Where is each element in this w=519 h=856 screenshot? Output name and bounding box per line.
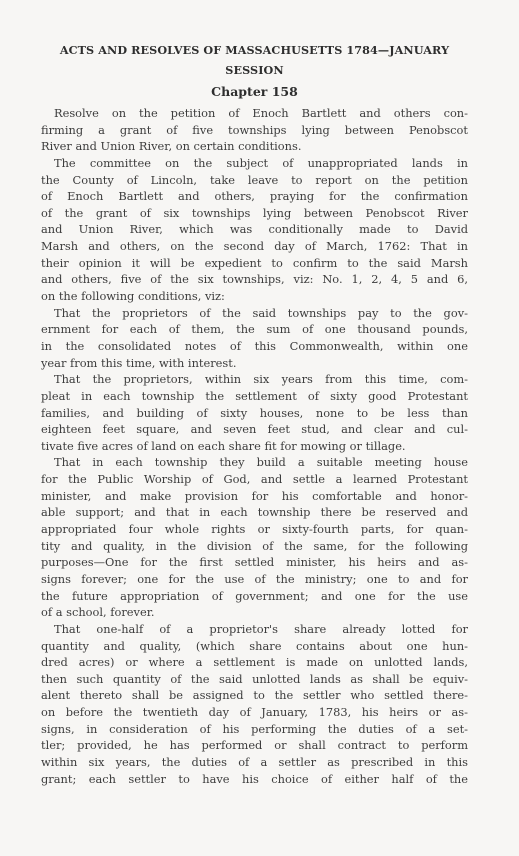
text-line: alent thereto shall be assigned to the s…: [41, 687, 468, 704]
text-line: appropriated four whole rights or sixty-…: [41, 521, 468, 538]
paragraph: That the proprietors, within six years f…: [41, 371, 468, 454]
title-line-2: SESSION: [41, 60, 468, 80]
text-line: of the grant of six townships lying betw…: [41, 205, 468, 222]
text-line: tler; provided, he has performed or shal…: [41, 737, 468, 754]
chapter-heading: Chapter 158: [41, 82, 468, 102]
text-line: of a school, forever.: [41, 604, 468, 621]
text-line: That the proprietors, within six years f…: [41, 371, 468, 388]
text-line: That in each township they build a suita…: [41, 454, 468, 471]
text-line: signs, in consideration of his performin…: [41, 721, 468, 738]
text-line: their opinion it will be expedient to co…: [41, 255, 468, 272]
text-line: grant; each settler to have his choice o…: [41, 771, 468, 788]
text-line: tivate five acres of land on each share …: [41, 438, 468, 455]
paragraph: The committee on the subject of unapprop…: [41, 155, 468, 305]
text-line: families, and building of sixty houses, …: [41, 405, 468, 422]
text-line: year from this time, with interest.: [41, 355, 468, 372]
text-line: dred acres) or where a settlement is mad…: [41, 654, 468, 671]
paragraph: That in each township they build a suita…: [41, 454, 468, 620]
document-body: Resolve on the petition of Enoch Bartlet…: [41, 105, 468, 787]
text-line: and others, five of the six townships, v…: [41, 271, 468, 288]
text-line: for the Public Worship of God, and settl…: [41, 471, 468, 488]
paragraph: That one-half of a proprietor's share al…: [41, 621, 468, 787]
text-line: pleat in each township the settlement of…: [41, 388, 468, 405]
text-line: signs forever; one for the use of the mi…: [41, 571, 468, 588]
text-line: in the consolidated notes of this Common…: [41, 338, 468, 355]
paragraph: That the proprietors of the said townshi…: [41, 305, 468, 372]
text-line: minister, and make provision for his com…: [41, 488, 468, 505]
text-line: River and Union River, on certain condit…: [41, 138, 468, 155]
text-line: on the following conditions, viz:: [41, 288, 468, 305]
text-line: the County of Lincoln, take leave to rep…: [41, 172, 468, 189]
text-line: That the proprietors of the said townshi…: [41, 305, 468, 322]
text-line: Marsh and others, on the second day of M…: [41, 238, 468, 255]
title-line-1: ACTS AND RESOLVES OF MASSACHUSETTS 1784—…: [41, 40, 468, 60]
text-line: Resolve on the petition of Enoch Bartlet…: [41, 105, 468, 122]
text-line: ernment for each of them, the sum of one…: [41, 321, 468, 338]
text-line: That one-half of a proprietor's share al…: [41, 621, 468, 638]
paragraph: Resolve on the petition of Enoch Bartlet…: [41, 105, 468, 155]
text-line: eighteen feet square, and seven feet stu…: [41, 421, 468, 438]
text-line: within six years, the duties of a settle…: [41, 754, 468, 771]
document-title: ACTS AND RESOLVES OF MASSACHUSETTS 1784—…: [41, 40, 468, 80]
text-line: tity and quality, in the division of the…: [41, 538, 468, 555]
text-line: quantity and quality, (which share conta…: [41, 638, 468, 655]
document-page: ACTS AND RESOLVES OF MASSACHUSETTS 1784—…: [41, 40, 468, 787]
text-line: then such quantity of the said unlotted …: [41, 671, 468, 688]
text-line: and Union River, which was conditionally…: [41, 221, 468, 238]
text-line: the future appropriation of government; …: [41, 588, 468, 605]
text-line: of Enoch Bartlett and others, praying fo…: [41, 188, 468, 205]
text-line: able support; and that in each township …: [41, 504, 468, 521]
text-line: The committee on the subject of unapprop…: [41, 155, 468, 172]
text-line: on before the twentieth day of January, …: [41, 704, 468, 721]
text-line: purposes—One for the first settled minis…: [41, 554, 468, 571]
text-line: firming a grant of five townships lying …: [41, 122, 468, 139]
